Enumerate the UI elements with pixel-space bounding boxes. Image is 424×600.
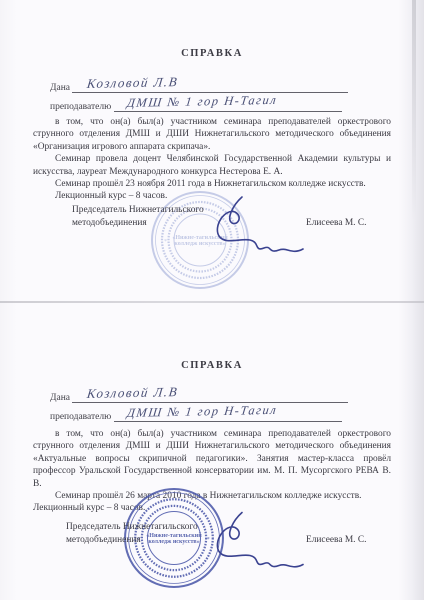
certificate-paragraph: Семинар провела доцент Челябинской Госуд… [33, 153, 391, 178]
recipient-value-handwritten: ДМШ № 1 гор Н-Тагил [126, 93, 278, 111]
given-line: Дана Козловой Л.В [50, 80, 348, 93]
certificate-title: СПРАВКА [0, 360, 424, 371]
signer-role: Председатель Нижнетагильского методобъед… [72, 204, 240, 230]
given-label: Дана [50, 83, 70, 93]
recipient-value-handwritten: ДМШ № 1 гор Н-Тагил [126, 403, 278, 421]
given-underline: Козловой Л.В [72, 80, 348, 93]
svg-text:*: * [164, 239, 167, 245]
given-value-handwritten: Козловой Л.В [86, 74, 179, 92]
given-line: Дана Козловой Л.В [50, 390, 348, 403]
given-label: Дана [50, 393, 70, 403]
signer-role: Председатель Нижнетагильского методобъед… [66, 521, 234, 547]
certificate-paragraph: Семинар прошёл 23 ноября 2011 года в Ниж… [33, 178, 391, 190]
signer-name: Елисеева М. С. [306, 218, 366, 228]
given-value-handwritten: Козловой Л.В [86, 384, 179, 402]
recipient-underline: ДМШ № 1 гор Н-Тагил [114, 99, 342, 112]
recipient-line: преподавателю ДМШ № 1 гор Н-Тагил [50, 99, 342, 112]
certificate-2: СПРАВКА Дана Козловой Л.В преподавателю … [0, 302, 424, 600]
given-underline: Козловой Л.В [72, 390, 348, 403]
recipient-label: преподавателю [50, 102, 111, 112]
certificate-title: СПРАВКА [0, 48, 424, 59]
signer-name: Елисеева М. С. [306, 535, 366, 545]
recipient-underline: ДМШ № 1 гор Н-Тагил [114, 409, 342, 422]
certificate-paragraph: в том, что он(а) был(а) участником семин… [33, 428, 391, 490]
recipient-label: преподавателю [50, 412, 111, 422]
certificate-1: СПРАВКА Дана Козловой Л.В преподавателю … [0, 0, 424, 302]
recipient-line: преподавателю ДМШ № 1 гор Н-Тагил [50, 409, 342, 422]
certificate-paragraph: в том, что он(а) был(а) участником семин… [33, 116, 391, 153]
